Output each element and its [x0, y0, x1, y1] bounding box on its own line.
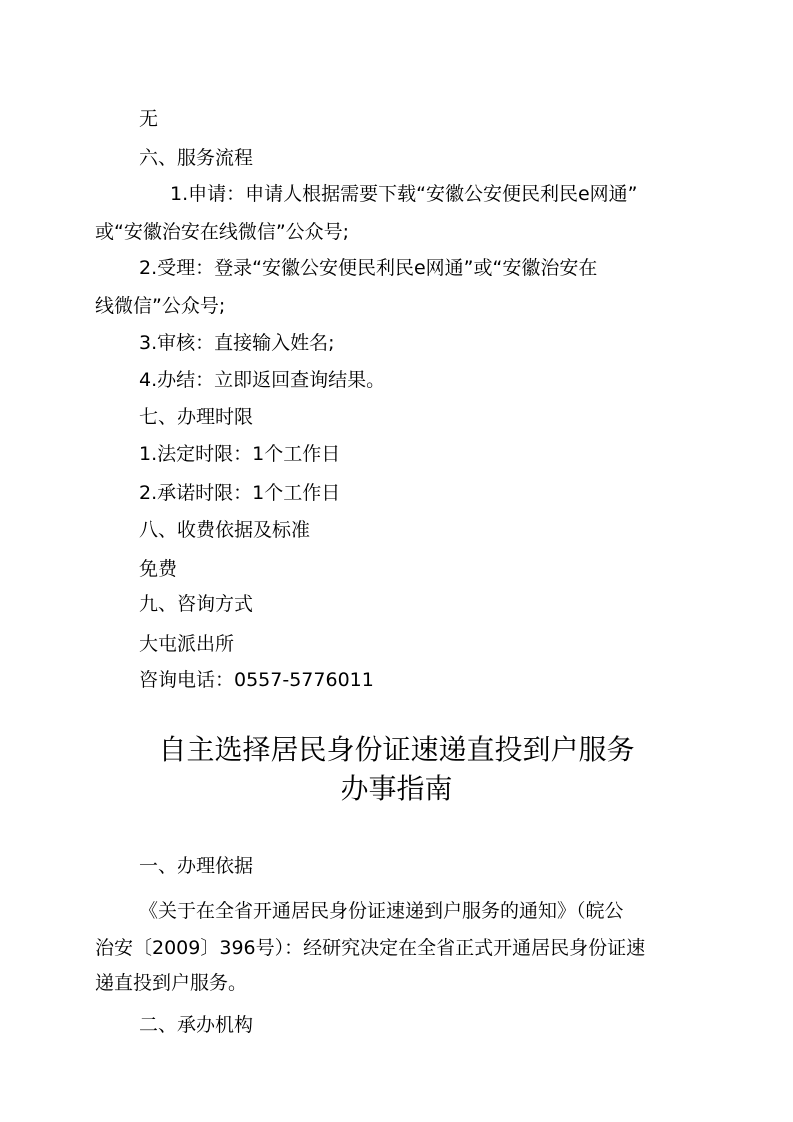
- text-line: 线微信”公众号;: [95, 294, 225, 318]
- text-line: 六、服务流程: [139, 146, 253, 170]
- text-line: 八、收费依据及标准: [139, 518, 310, 542]
- text-line: 《关于在全省开通居民身份证速递到户服务的通知》（皖公: [139, 899, 624, 923]
- text-line: 1.申请：申请人根据需要下载“安徽公安便民利民e网通”: [170, 182, 638, 206]
- text-line: 3.审核：直接输入姓名;: [139, 331, 335, 355]
- text-line: 免费: [139, 557, 177, 581]
- text-line: 或“安徽治安在线微信”公众号;: [95, 220, 349, 244]
- guide-title-line2: 办事指南: [0, 772, 793, 806]
- guide-title-line1: 自主选择居民身份证速递直投到户服务: [0, 733, 793, 767]
- text-line: 递直投到户服务。: [95, 971, 247, 995]
- text-line: 七、办理时限: [139, 405, 253, 429]
- text-line: 无: [139, 107, 158, 131]
- text-line: 九、咨询方式: [139, 592, 253, 616]
- text-line: 2.承诺时限：1个工作日: [139, 481, 340, 505]
- text-line: 大屯派出所: [139, 632, 234, 656]
- text-line: 咨询电话：0557-5776011: [139, 668, 374, 692]
- text-line: 一、办理依据: [139, 854, 253, 878]
- text-line: 治安〔2009〕396号）：经研究决定在全省正式开通居民身份证速: [95, 936, 645, 960]
- text-line: 二、承办机构: [139, 1013, 253, 1037]
- text-line: 2.受理：登录“安徽公安便民利民e网通”或“安徽治安在: [139, 256, 597, 280]
- text-line: 1.法定时限：1个工作日: [139, 442, 340, 466]
- text-line: 4.办结：立即返回查询结果。: [139, 368, 385, 392]
